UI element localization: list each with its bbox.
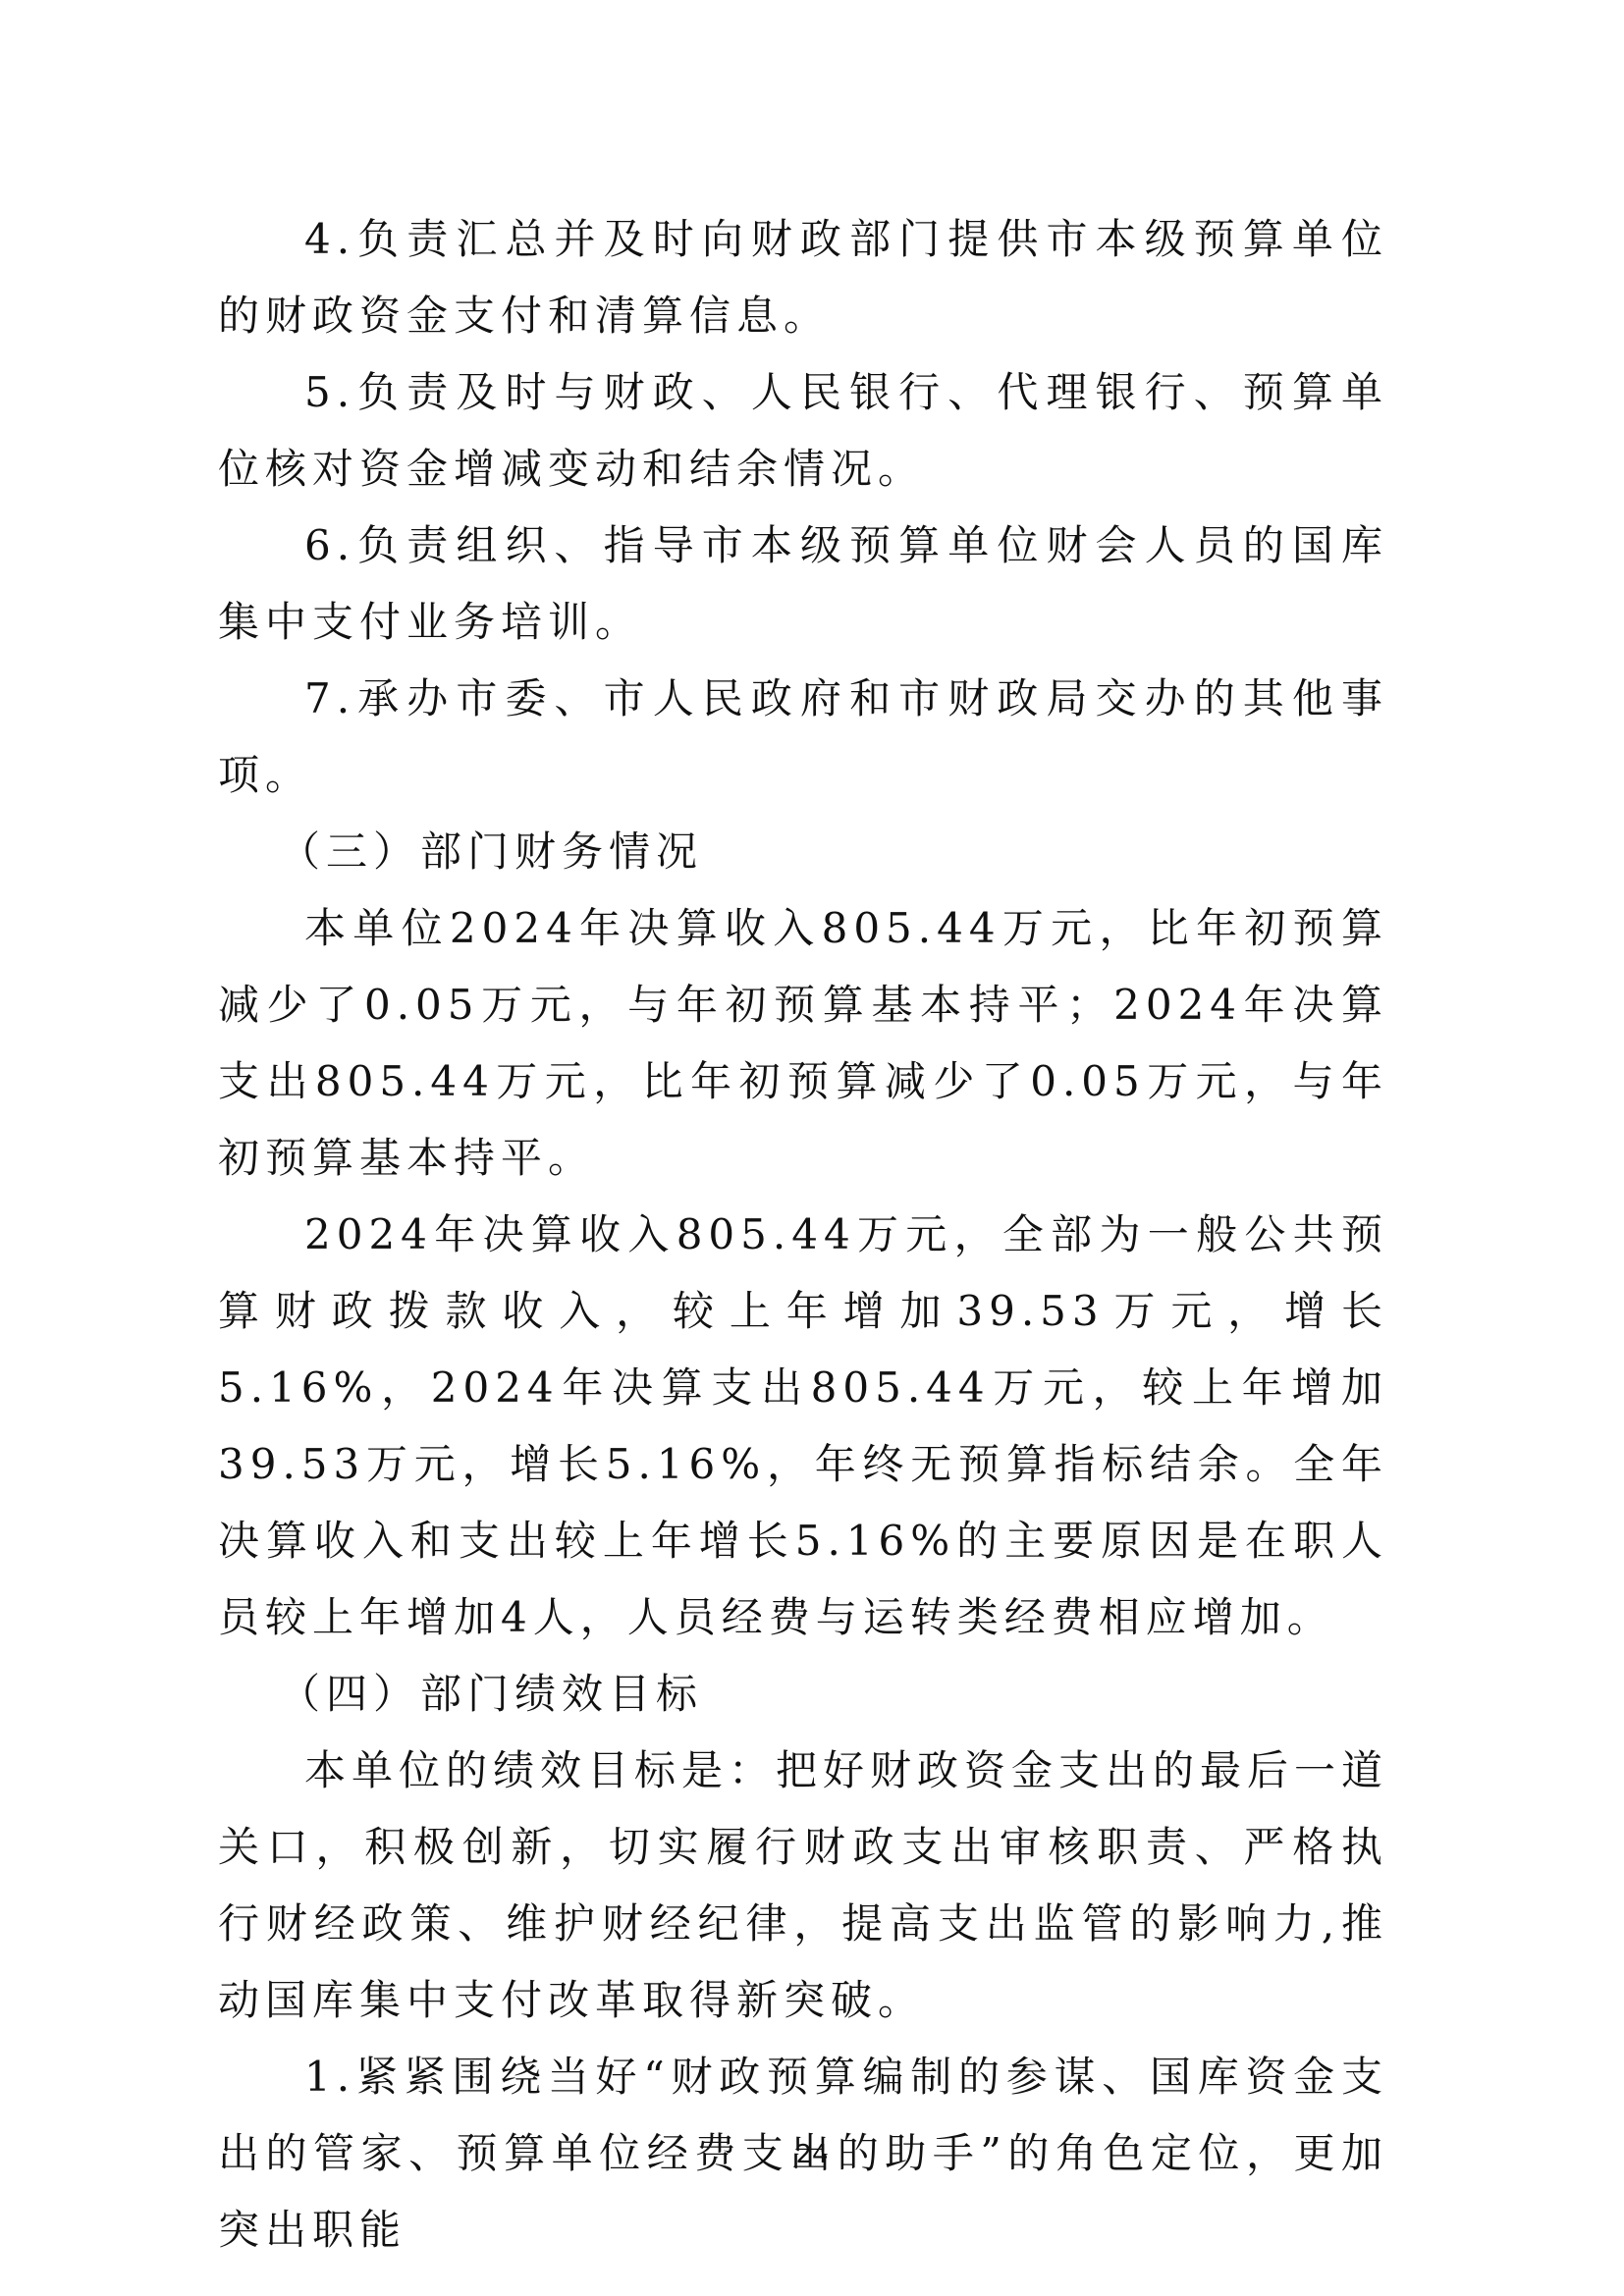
paragraph-finance-summary: 本单位2024年决算收入805.44万元，比年初预算减少了0.05万元，与年初预… [218, 890, 1388, 1197]
paragraph-item-4: 4.负责汇总并及时向财政部门提供市本级预算单位的财政资金支付和清算信息。 [218, 201, 1388, 354]
paragraph-item-5: 5.负责及时与财政、人民银行、代理银行、预算单位核对资金增减变动和结余情况。 [218, 354, 1388, 507]
section-heading-finance: （三）部门财务情况 [218, 814, 1388, 890]
paragraph-item-6: 6.负责组织、指导市本级预算单位财会人员的国库集中支付业务培训。 [218, 507, 1388, 661]
section-heading-performance: （四）部门绩效目标 [218, 1656, 1388, 1733]
paragraph-finance-detail: 2024年决算收入805.44万元，全部为一般公共预算财政拨款收入，较上年增加3… [218, 1197, 1388, 1656]
page-number: 24 [0, 2140, 1624, 2169]
document-page: 4.负责汇总并及时向财政部门提供市本级预算单位的财政资金支付和清算信息。 5.负… [218, 201, 1388, 2269]
paragraph-item-7: 7.承办市委、市人民政府和市财政局交办的其他事项。 [218, 661, 1388, 814]
paragraph-performance-goal: 本单位的绩效目标是：把好财政资金支出的最后一道关口，积极创新，切实履行财政支出审… [218, 1733, 1388, 2039]
